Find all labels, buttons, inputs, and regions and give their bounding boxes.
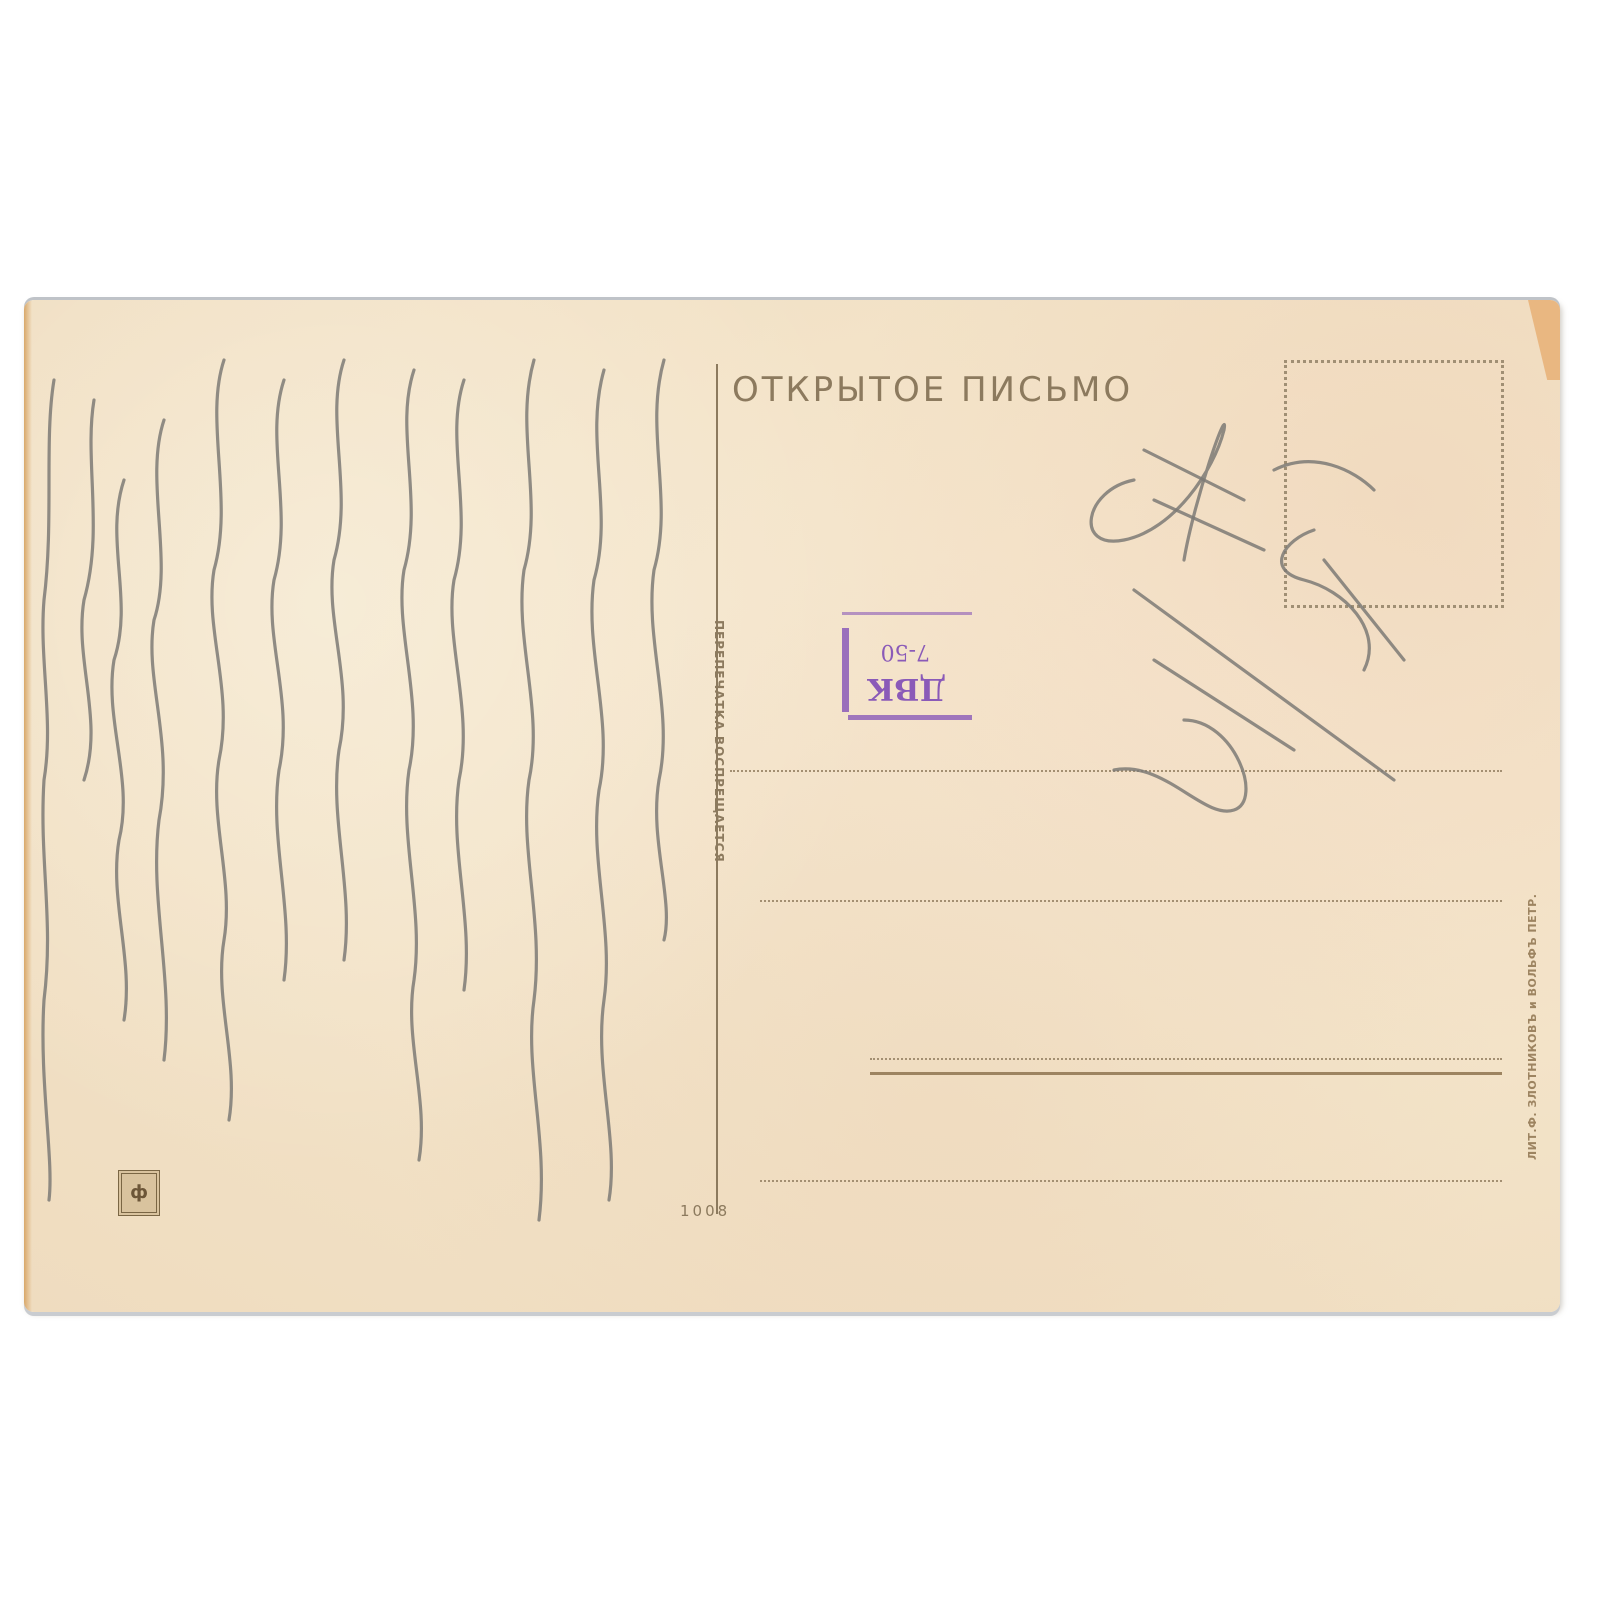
censor-stamp: ДВК 7-50 (842, 610, 972, 722)
stamp-placeholder (1284, 360, 1504, 608)
censor-stamp-code: ДВК (867, 671, 946, 706)
address-line-2 (760, 900, 1502, 902)
censor-stamp-number: 7-50 (881, 639, 930, 664)
postcard-back: ОТКРЫТОЕ ПИСЬМО ПЕРЕПЕЧАТКА ВОСПРЕЩАЕТСЯ… (24, 300, 1560, 1312)
publisher-logo-icon: ф (118, 1170, 160, 1216)
address-line-3 (870, 1058, 1502, 1060)
card-number: 1008 (680, 1202, 730, 1220)
reprint-notice: ПЕРЕПЕЧАТКА ВОСПРЕЩАЕТСЯ (710, 620, 726, 960)
address-line-4 (760, 1180, 1502, 1182)
postcard-heading: ОТКРЫТОЕ ПИСЬМО (732, 370, 1133, 410)
address-line-1 (730, 770, 1502, 772)
address-line-solid (870, 1072, 1502, 1075)
worn-corner (1528, 300, 1560, 380)
worn-edge (24, 300, 32, 1312)
printer-imprint: ЛИТ.Ф. ЗЛОТНИКОВЪ и ВОЛЬФЪ ПЕТР. (1526, 870, 1540, 1160)
